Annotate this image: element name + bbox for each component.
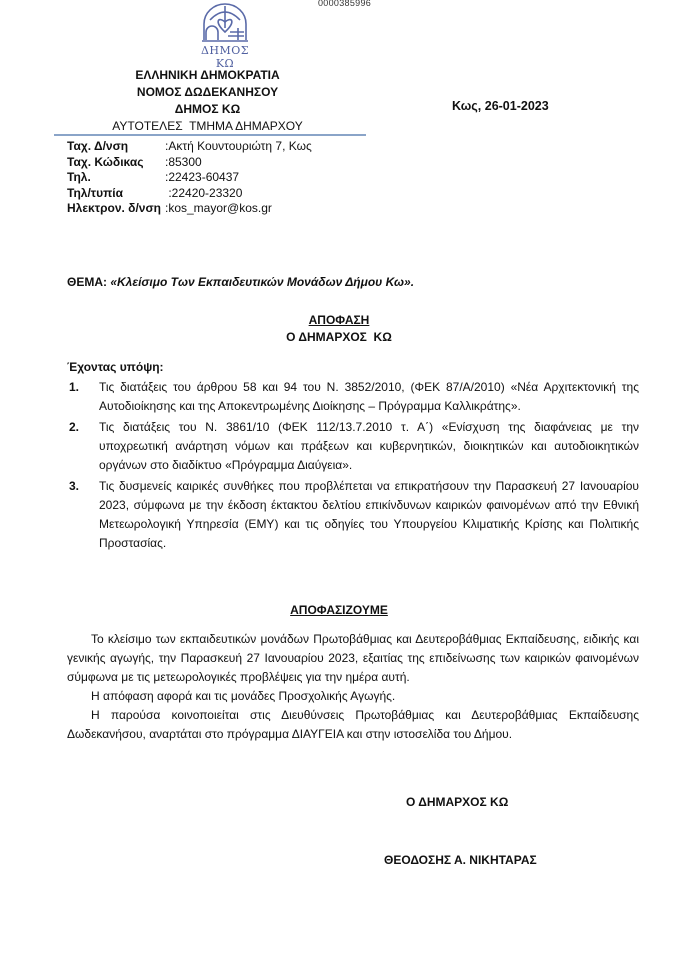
subject-label: ΘΕΜΑ:: [67, 275, 110, 289]
header-line: ΕΛΛΗΝΙΚΗ ΔΗΜΟΚΡΑΤΙΑ: [40, 67, 375, 84]
body-paragraph: Η παρούσα κοινοποιείται στις Διευθύνσεις…: [67, 706, 639, 744]
decision-title: ΑΠΟΦΑΣΗ: [0, 313, 678, 327]
header-divider: [54, 134, 366, 136]
contact-row: Τηλ/τυπία :22420-23320: [67, 186, 312, 202]
header-line: ΔΗΜΟΣ ΚΩ: [40, 101, 375, 118]
contact-row: Ταχ. Κώδικας:85300: [67, 155, 312, 171]
list-text: Τις δυσμενείς καιρικές συνθήκες που προβ…: [99, 477, 639, 553]
signatory-name: ΘΕΟΔΟΣΗΣ Α. ΝΙΚΗΤΑΡΑΣ: [384, 853, 537, 867]
body-paragraph: Το κλείσιμο των εκπαιδευτικών μονάδων Πρ…: [67, 630, 639, 687]
contact-label: Ηλεκτρον. δ/νση: [67, 201, 165, 217]
subject-text: «Κλείσιμο Των Εκπαιδευτικών Μονάδων Δήμο…: [110, 275, 414, 289]
list-number: 3.: [67, 477, 99, 553]
contact-row: Ταχ. Δ/νση:Ακτή Κουντουριώτη 7, Κως: [67, 139, 312, 155]
contact-value: :22420-23320: [165, 186, 242, 202]
contact-value: :22423-60437: [165, 170, 239, 186]
contact-value: :Ακτή Κουντουριώτη 7, Κως: [165, 139, 312, 155]
document-number: 0000385996: [318, 0, 371, 8]
list-number: 1.: [67, 378, 99, 416]
contact-block: Ταχ. Δ/νση:Ακτή Κουντουριώτη 7, Κως Ταχ.…: [67, 139, 312, 217]
list-text: Τις διατάξεις του Ν. 3861/10 (ΦΕΚ 112/13…: [99, 418, 639, 475]
considerations-list: 1. Τις διατάξεις του άρθρου 58 και 94 το…: [67, 378, 639, 555]
contact-label: Τηλ.: [67, 170, 165, 186]
contact-value: :85300: [165, 155, 202, 171]
list-number: 2.: [67, 418, 99, 475]
contact-row: Ηλεκτρον. δ/νση:kos_mayor@kos.gr: [67, 201, 312, 217]
contact-row: Τηλ.:22423-60437: [67, 170, 312, 186]
list-item: 3. Τις δυσμενείς καιρικές συνθήκες που π…: [67, 477, 639, 553]
subject-line: ΘΕΜΑ: «Κλείσιμο Των Εκπαιδευτικών Μονάδω…: [67, 275, 414, 289]
contact-label: Ταχ. Δ/νση: [67, 139, 165, 155]
decision-body: Το κλείσιμο των εκπαιδευτικών μονάδων Πρ…: [67, 630, 639, 744]
municipality-emblem-icon: [200, 2, 250, 44]
header-department: ΑΥΤΟΤΕΛΕΣ ΤΜΗΜΑ ΔΗΜΑΡΧΟΥ: [40, 118, 375, 135]
considering-label: Έχοντας υπόψη:: [67, 360, 164, 374]
body-paragraph: Η απόφαση αφορά και τις μονάδες Προσχολι…: [67, 687, 639, 706]
list-item: 2. Τις διατάξεις του Ν. 3861/10 (ΦΕΚ 112…: [67, 418, 639, 475]
document-date: Κως, 26-01-2023: [452, 99, 549, 113]
contact-label: Ταχ. Κώδικας: [67, 155, 165, 171]
issuer-header: ΕΛΛΗΝΙΚΗ ΔΗΜΟΚΡΑΤΙΑ ΝΟΜΟΣ ΔΩΔΕΚΑΝΗΣΟΥ ΔΗ…: [40, 67, 375, 135]
municipality-logo: ΔΗΜΟΣ ΚΩ: [190, 2, 260, 58]
header-line: ΝΟΜΟΣ ΔΩΔΕΚΑΝΗΣΟΥ: [40, 84, 375, 101]
contact-label: Τηλ/τυπία: [67, 186, 165, 202]
mayor-heading: Ο ΔΗΜΑΡΧΟΣ ΚΩ: [0, 330, 678, 344]
signature-title: Ο ΔΗΜΑΡΧΟΣ ΚΩ: [406, 795, 508, 809]
contact-email: :kos_mayor@kos.gr: [165, 201, 272, 217]
list-item: 1. Τις διατάξεις του άρθρου 58 και 94 το…: [67, 378, 639, 416]
decide-title: ΑΠΟΦΑΣΙΖΟΥΜΕ: [0, 603, 678, 617]
list-text: Τις διατάξεις του άρθρου 58 και 94 του Ν…: [99, 378, 639, 416]
